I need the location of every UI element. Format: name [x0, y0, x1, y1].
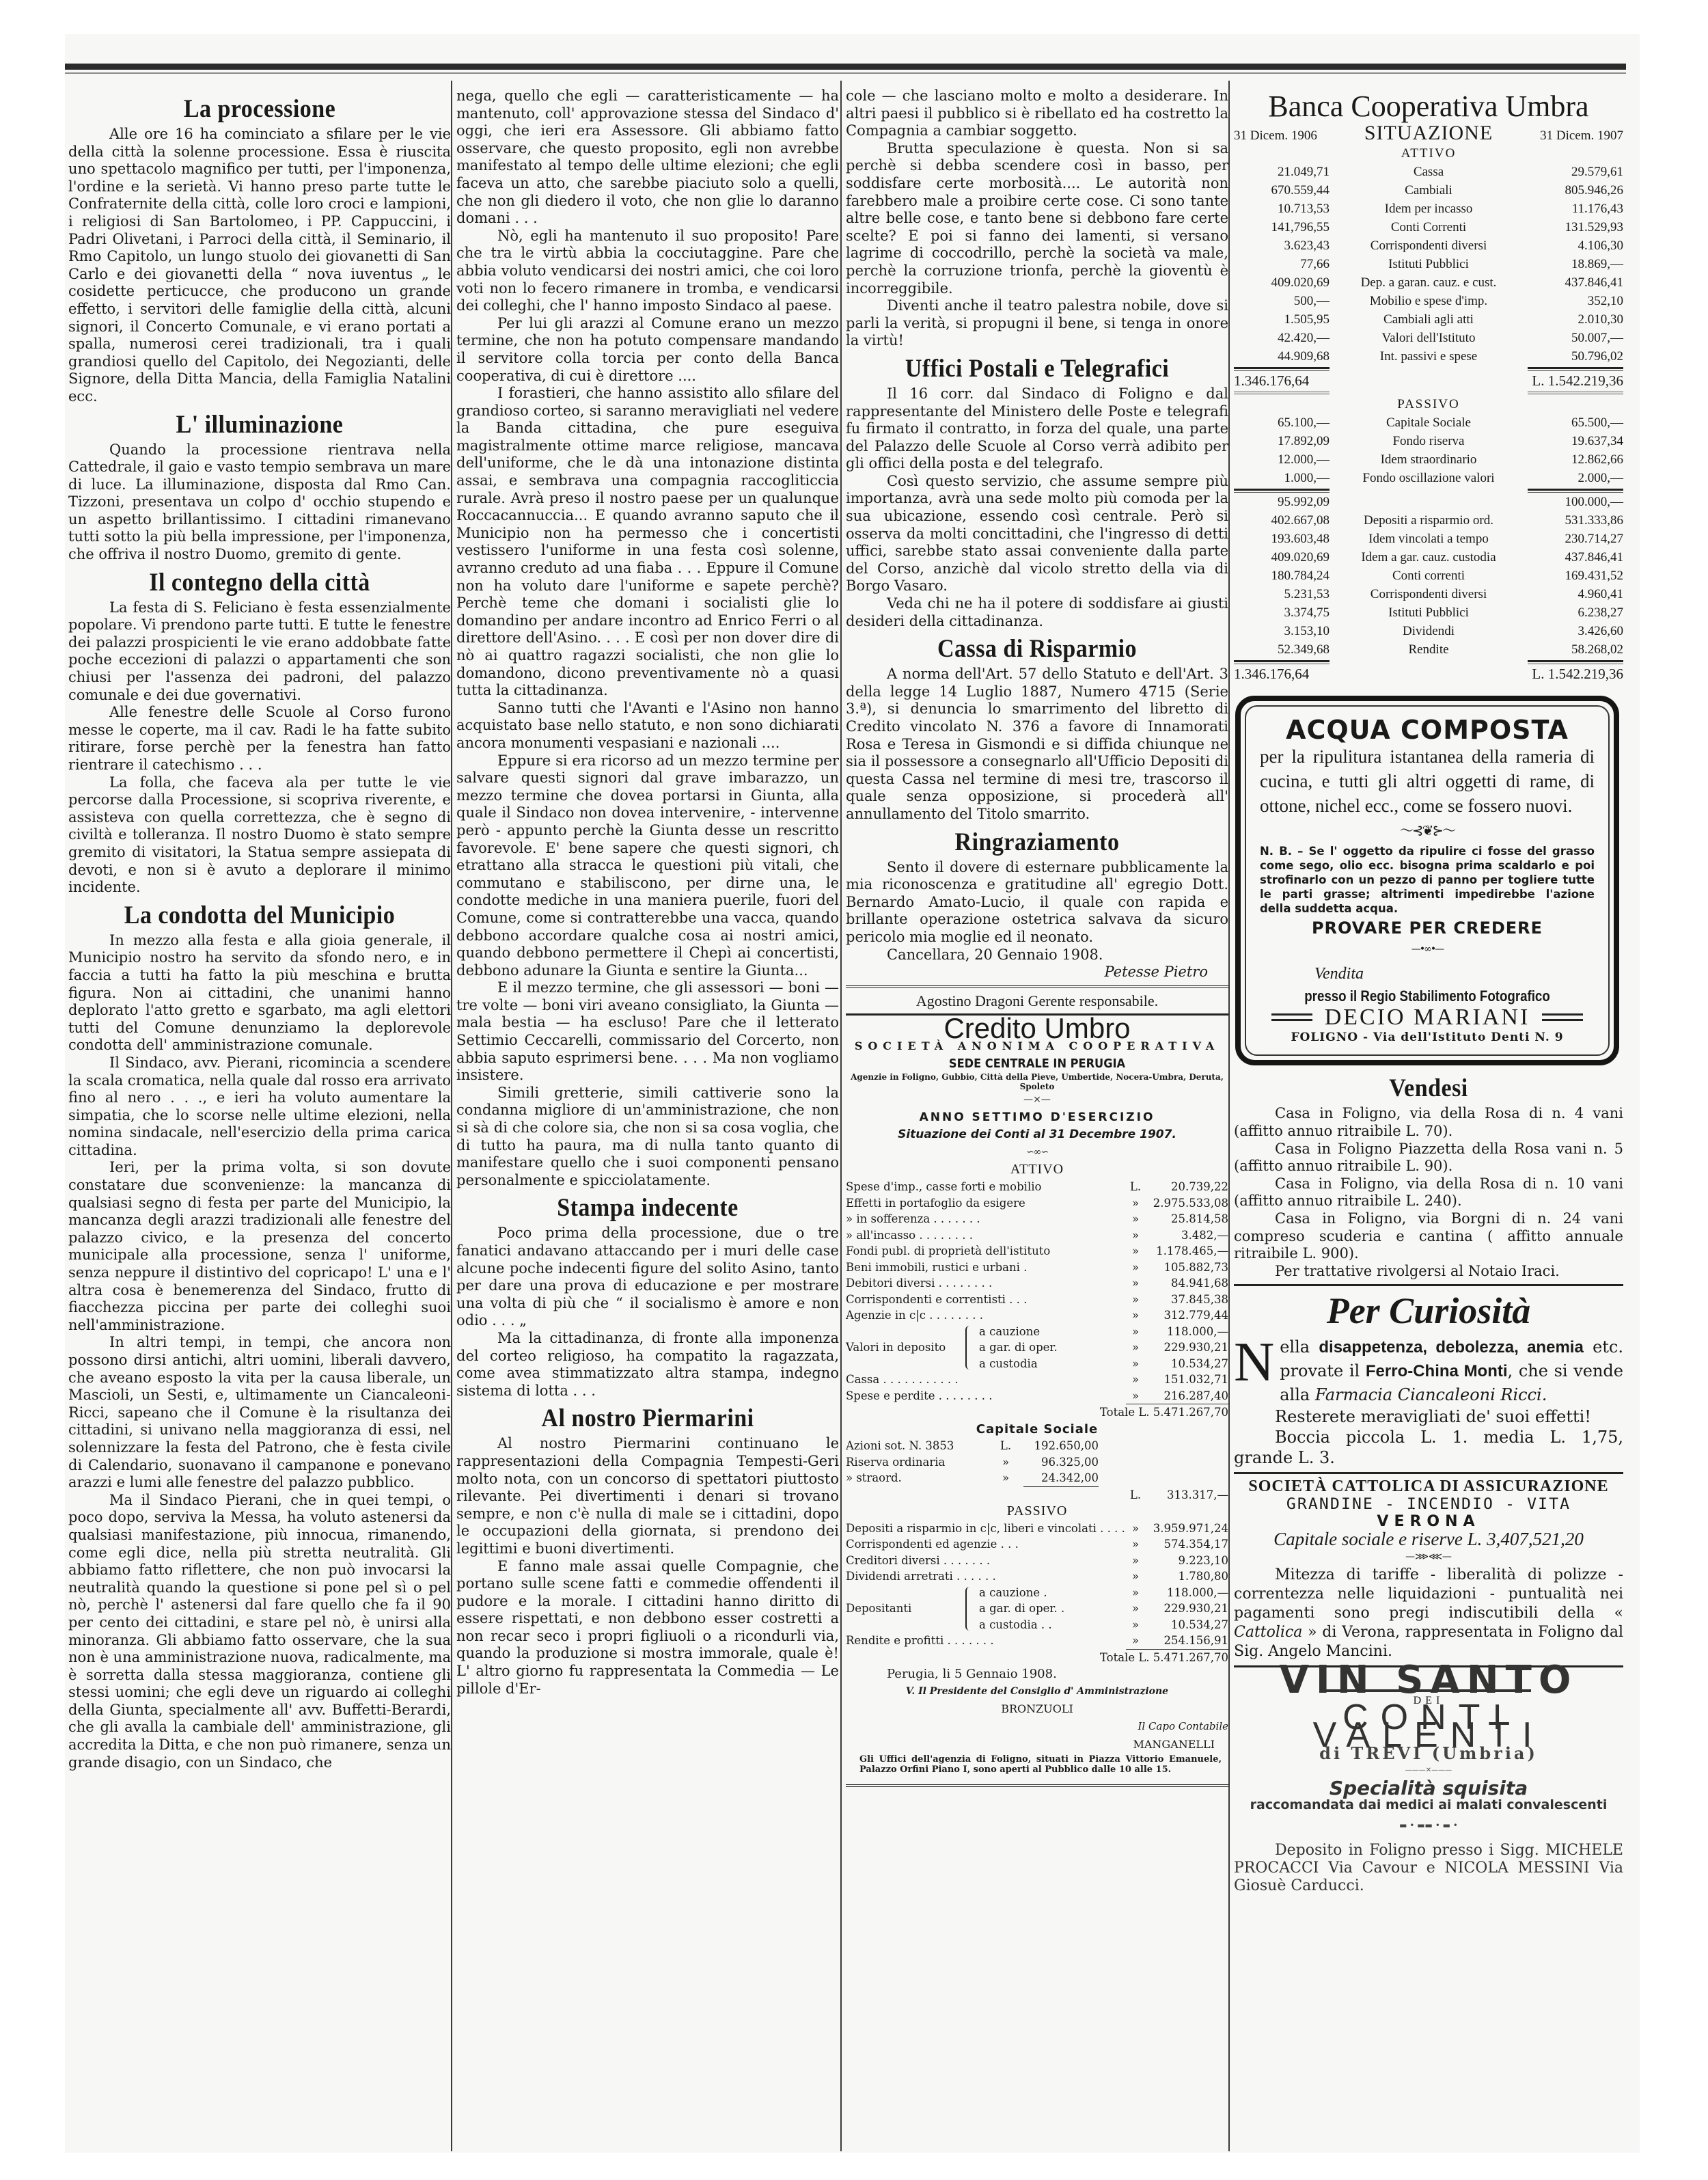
row-symbol: » — [1126, 1275, 1145, 1292]
value-1907: 230.714,27 — [1528, 530, 1623, 548]
row-label: Conti Correnti — [1330, 218, 1528, 236]
divider — [846, 985, 1228, 988]
table-row: 409.020,69Dep. a garan. cauz. e cust.437… — [1234, 273, 1623, 292]
drop-cap: N — [1234, 1338, 1274, 1386]
signature-label: Il Capo Contabile — [846, 1718, 1228, 1736]
total-row: Totale L. 5.471.267,70 — [846, 1404, 1228, 1421]
row-label: Corrispondenti diversi — [1330, 585, 1528, 603]
table-row: 12.000,—Idem straordinario12.862,66 — [1234, 450, 1623, 469]
table-row: 141,796,55Conti Correnti131.529,93 — [1234, 218, 1623, 236]
ad-vendita: Vendita — [1260, 966, 1595, 983]
value-1907: 4.106,30 — [1528, 236, 1623, 255]
row-symbol: » — [1126, 1553, 1145, 1569]
row-value: 3.959.971,24 — [1145, 1521, 1228, 1537]
row-label — [1330, 493, 1528, 511]
row-symbol: » — [1126, 1243, 1145, 1259]
divider — [1234, 1284, 1623, 1286]
table-row: a custodia»10.534,27 — [979, 1356, 1228, 1372]
row-value: 96.325,00 — [1015, 1454, 1099, 1471]
value-1907: 18.869,— — [1528, 255, 1623, 273]
row-symbol: » — [1126, 1633, 1145, 1649]
value-1907: 11.176,43 — [1528, 200, 1623, 218]
value-1906: 500,— — [1234, 292, 1330, 310]
ad-address: FOLIGNO - Via dell'Istituto Denti N. 9 — [1260, 1029, 1595, 1047]
divider — [1234, 1472, 1623, 1474]
listing: Casa in Foligno, via della Rosa di n. 10… — [1234, 1175, 1623, 1210]
attivo-table: Spese d'imp., casse forti e mobilioL.20.… — [846, 1179, 1228, 1324]
curiosita-ad: Per Curiosità Nella disappetenza, debole… — [1234, 1290, 1623, 1468]
table-row: 670.559,44Cambiali805.946,26 — [1234, 181, 1623, 200]
article-paragraph: Per lui gli arazzi al Comune erano un me… — [456, 315, 839, 385]
value-1906: 77,66 — [1234, 255, 1330, 273]
article-paragraph: Poco prima della processione, due o tre … — [456, 1225, 839, 1330]
row-value: 10.534,27 — [1145, 1617, 1228, 1633]
office-hours-note: Gli Uffici dell'agenzia di Foligno, situ… — [846, 1753, 1228, 1775]
article-paragraph: Alle ore 16 ha cominciato a sfilare per … — [68, 126, 451, 406]
article-title: La processione — [83, 96, 435, 123]
ad-capital: Capitale sociale e riserve L. 3,407,521,… — [1234, 1531, 1623, 1549]
value-1906: 409.020,69 — [1234, 548, 1330, 567]
table-row: 409.020,69Idem a gar. cauz. custodia437.… — [1234, 548, 1623, 567]
value-1907: 65.500,— — [1528, 413, 1623, 432]
table-row: a custodia . .»10.534,27 — [979, 1617, 1228, 1633]
section-label: Capitale Sociale — [846, 1421, 1228, 1439]
ad-title: SOCIETÀ CATTOLICA DI ASSICURAZIONE — [1234, 1478, 1623, 1496]
credito-umbro-notice: Credito Umbro SOCIETÀ ANONIMA COOPERATIV… — [846, 1020, 1228, 1787]
table-row: Riserva ordinaria»96.325,00 — [846, 1454, 1099, 1471]
row-value: 3.482,— — [1145, 1227, 1228, 1244]
pharmacy-name: Farmacia Ciancaleoni Ricci. — [1315, 1385, 1547, 1404]
table-row: 3.153,10Dividendi3.426,60 — [1234, 622, 1623, 640]
value-1906: 95.992,09 — [1234, 493, 1330, 511]
table-row: 1.505,95Cambiali agli atti2.010,30 — [1234, 310, 1623, 329]
article-paragraph: Il Sindaco, avv. Pierani, ricomincia a s… — [68, 1054, 451, 1160]
table-row: 3.623,43Corrispondenti diversi4.106,30 — [1234, 236, 1623, 255]
ornament-icon: ▬ • ▬▬ • ▬ • — [1234, 1817, 1623, 1835]
article-paragraph: In mezzo alla festa e alla gioia general… — [68, 932, 451, 1054]
row-value: 229.930,21 — [1145, 1339, 1228, 1356]
table-row: 3.374,75Istituti Pubblici6.238,27 — [1234, 603, 1623, 622]
row-label: a gar. di oper. . — [979, 1600, 1126, 1617]
ornament-icon: —⋙⋘— — [1234, 1549, 1623, 1566]
attivo-table: 21.049,71Cassa29.579,61670.559,44Cambial… — [1234, 163, 1623, 366]
section-label: PASSIVO — [846, 1503, 1228, 1521]
row-value: 10.534,27 — [1145, 1356, 1228, 1372]
table-row: 193.603,48Idem vincolati a tempo230.714,… — [1234, 530, 1623, 548]
value-1906: 180.784,24 — [1234, 567, 1330, 585]
row-value: 312.779,44 — [1145, 1307, 1228, 1324]
row-label: a cauzione — [979, 1324, 1126, 1340]
row-value: 9.223,10 — [1145, 1553, 1228, 1569]
value-1907: 352,10 — [1528, 292, 1623, 310]
row-label: Effetti in portafoglio da esigere — [846, 1195, 1126, 1212]
signature-label: V. Il Presidente del Consiglio d' Ammini… — [846, 1683, 1228, 1701]
row-label: Istituti Pubblici — [1330, 255, 1528, 273]
vin-santo-ad: VIN SANTO DEI CONTI VALENTI di TREVI (Um… — [1234, 1672, 1623, 1894]
row-symbol: L. — [996, 1438, 1015, 1454]
article-paragraph: Ieri, per la prima volta, si son dovute … — [68, 1159, 451, 1334]
total-row: 1.346.176,64 L. 1.542.219,36 — [1234, 371, 1623, 390]
table-row: 180.784,24Conti correnti169.431,52 — [1234, 567, 1623, 585]
section-label: PASSIVO — [1234, 396, 1623, 413]
article-paragraph: Veda chi ne ha il potere di soddisfare a… — [846, 595, 1228, 630]
cattolica-ad: SOCIETÀ CATTOLICA DI ASSICURAZIONE GRAND… — [1234, 1478, 1623, 1661]
table-row: Effetti in portafoglio da esigere»2.975.… — [846, 1195, 1228, 1212]
article-paragraph: La festa di S. Feliciano è festa essenzi… — [68, 599, 451, 705]
total-row: Totale L. 5.471.267,70 — [846, 1650, 1228, 1666]
value-1906: 21.049,71 — [1234, 163, 1330, 181]
article-title: Al nostro Piermarini — [471, 1405, 823, 1432]
value-1907: 12.862,66 — [1528, 450, 1623, 469]
total-row: 1.346.176,64 L. 1.542.219,36 — [1234, 664, 1623, 683]
statement-heading: SITUAZIONE — [1364, 124, 1493, 142]
article-paragraph: Il 16 corr. dal Sindaco di Foligno e dal… — [846, 385, 1228, 473]
ad-note: N. B. – Se l' oggetto da ripulire ci fos… — [1260, 844, 1595, 916]
value-1906: 52.349,68 — [1234, 640, 1330, 659]
row-label: Agenzie in c|c . . . . . . . . — [846, 1307, 1126, 1324]
ad-location: di TREVI (Umbria) — [1234, 1745, 1623, 1762]
table-row: 5.231,53Corrispondenti diversi4.960,41 — [1234, 585, 1623, 603]
value-1906: 193.603,48 — [1234, 530, 1330, 548]
row-label: Beni immobili, rustici e urbani . — [846, 1259, 1126, 1276]
acqua-composta-ad: ACQUA COMPOSTA per la ripulitura istanta… — [1235, 696, 1619, 1066]
ornament-icon: —•∞•— — [1260, 941, 1595, 959]
article-paragraph: Brutta speculazione è questa. Non si sa … — [846, 140, 1228, 297]
table-row: Beni immobili, rustici e urbani .»105.88… — [846, 1259, 1228, 1276]
column-divider — [1228, 81, 1230, 2151]
date-left: 31 Dicem. 1906 — [1234, 127, 1317, 145]
table-row: a gar. di oper. .»229.930,21 — [979, 1600, 1228, 1617]
listing: Casa in Foligno, via della Rosa di n. 4 … — [1234, 1105, 1623, 1140]
row-label: Istituti Pubblici — [1330, 603, 1528, 622]
row-symbol: » — [996, 1470, 1015, 1486]
row-label: Fondi publ. di proprietà dell'istituto — [846, 1243, 1126, 1259]
article-title: Il contegno della città — [83, 569, 435, 597]
table-row: a cauzione .»118.000,— — [979, 1585, 1228, 1601]
article-paragraph: Nò, egli ha mantenuto il suo proposito! … — [456, 228, 839, 315]
table-row: Cassa . . . . . . . . . . .»151.032,71 — [846, 1372, 1228, 1388]
article-paragraph: Quando la processione rientrava nella Ca… — [68, 441, 451, 564]
row-symbol: » — [1126, 1388, 1145, 1404]
row-value: 229.930,21 — [1145, 1600, 1228, 1617]
table-row: a gar. di oper.»229.930,21 — [979, 1339, 1228, 1356]
row-label: Dividendi arretrati . . . . . . — [846, 1568, 1126, 1585]
value-1906: 12.000,— — [1234, 450, 1330, 469]
value-1906: 5.231,53 — [1234, 585, 1330, 603]
credito-umbro-agenzie: Agenzie in Foligno, Gubbio, Città della … — [846, 1072, 1228, 1091]
table-row: » all'incasso . . . . . . . .»3.482,— — [846, 1227, 1228, 1244]
row-label: a custodia . . — [979, 1617, 1126, 1633]
ad-branches: GRANDINE - INCENDIO - VITA — [1224, 1496, 1634, 1514]
value-1907: 4.960,41 — [1528, 585, 1623, 603]
row-symbol: » — [1126, 1259, 1145, 1276]
row-value: 84.941,68 — [1145, 1275, 1228, 1292]
article-paragraph: E il mezzo termine, che gli assessori — … — [456, 979, 839, 1085]
value-1906: 3.374,75 — [1234, 603, 1330, 622]
article-paragraph: La folla, che faceva ala per tutte le vi… — [68, 774, 451, 897]
table-row: » in sofferenza . . . . . . .»25.814,58 — [846, 1211, 1228, 1227]
row-label: Int. passivi e spese — [1330, 347, 1528, 366]
dateline: Perugia, li 5 Gennaio 1908. — [846, 1665, 1228, 1683]
article-paragraph: Eppure si era ricorso ad un mezzo termin… — [456, 752, 839, 980]
signature: MANGANELLI — [846, 1736, 1228, 1754]
value-1906: 141,796,55 — [1234, 218, 1330, 236]
article-paragraph: In altri tempi, in tempi, che ancora non… — [68, 1334, 451, 1491]
article-paragraph: Al nostro Piermarini continuano le rappr… — [456, 1435, 839, 1557]
value-1906: 44.909,68 — [1234, 347, 1330, 366]
row-label: Depositi a risparmio in c|c, liberi e vi… — [846, 1521, 1126, 1537]
row-label: Debitori diversi . . . . . . . . — [846, 1275, 1126, 1292]
table-row: Agenzie in c|c . . . . . . . .»312.779,4… — [846, 1307, 1228, 1324]
row-label: Rendite e profitti . . . . . . . — [846, 1633, 1126, 1649]
row-value: 37.845,38 — [1145, 1292, 1228, 1308]
value-1907: 3.426,60 — [1528, 622, 1623, 640]
value-1907: 50.007,— — [1528, 329, 1623, 347]
row-value: 25.814,58 — [1145, 1211, 1228, 1227]
row-symbol: » — [1126, 1536, 1145, 1553]
header-rule-thin — [65, 72, 1626, 74]
article-title: Uffici Postali e Telegrafici — [861, 355, 1213, 383]
article-paragraph: A norma dell'Art. 57 dello Statuto e del… — [846, 666, 1228, 823]
credito-umbro-sede: SEDE CENTRALE IN PERUGIA — [865, 1055, 1209, 1073]
row-symbol: » — [1126, 1211, 1145, 1227]
row-value: 2.975.533,08 — [1145, 1195, 1228, 1212]
article-title: Cassa di Risparmio — [861, 636, 1213, 663]
double-bar-icon — [1271, 1013, 1312, 1021]
value-1906: 3.623,43 — [1234, 236, 1330, 255]
row-value: 216.287,40 — [1145, 1388, 1228, 1404]
row-value: 151.032,71 — [1145, 1372, 1228, 1388]
article-title: L' illuminazione — [83, 411, 435, 439]
column-divider — [840, 81, 842, 2151]
row-label: a gar. di oper. — [979, 1339, 1126, 1356]
row-label: Idem straordinario — [1330, 450, 1528, 469]
row-label: Capitale Sociale — [1330, 413, 1528, 432]
section-label: ATTIVO — [1234, 145, 1623, 163]
signature: Petesse Pietro — [846, 964, 1228, 981]
row-symbol: » — [1126, 1600, 1145, 1617]
row-label: Conti correnti — [1330, 567, 1528, 585]
row-label: Riserva ordinaria — [846, 1454, 996, 1471]
row-label: Cambiali — [1330, 181, 1528, 200]
row-label: Cassa . . . . . . . . . . . — [846, 1372, 1126, 1388]
row-label: Depositi a risparmio ord. — [1330, 511, 1528, 530]
row-symbol: » — [996, 1454, 1015, 1471]
credito-umbro-situazione: Situazione dei Conti al 31 Decembre 1907… — [846, 1126, 1228, 1144]
row-label: » in sofferenza . . . . . . . — [846, 1211, 1126, 1227]
table-row: Dividendi arretrati . . . . . .»1.780,80 — [846, 1568, 1228, 1585]
listing: Casa in Foligno Piazzetta della Rosa van… — [1234, 1141, 1623, 1175]
date-right: 31 Dicem. 1907 — [1540, 127, 1623, 145]
article-paragraph: Diventi anche il teatro palestra nobile,… — [846, 297, 1228, 350]
column-divider — [451, 81, 452, 2151]
article-title: Vendesi — [1250, 1075, 1608, 1102]
listing: Casa in Foligno, via Borgni di n. 24 van… — [1234, 1210, 1623, 1263]
article-paragraph: Così questo servizio, che assume sempre … — [846, 473, 1228, 595]
brace-icon — [965, 1587, 976, 1631]
row-value: 24.342,00 — [1015, 1470, 1099, 1486]
value-1906: 1.505,95 — [1234, 310, 1330, 329]
row-label: Valori dell'Istituto — [1330, 329, 1528, 347]
row-value: 1.780,80 — [1145, 1568, 1228, 1585]
signature: BRONZUOLI — [846, 1700, 1228, 1718]
row-symbol: » — [1126, 1617, 1145, 1633]
dateline: Cancellara, 20 Gennaio 1908. — [846, 946, 1228, 964]
column-4: Banca Cooperativa Umbra 31 Dicem. 1906 S… — [1234, 87, 1623, 1895]
row-label: Idem a gar. cauz. custodia — [1330, 548, 1528, 567]
table-row: Corrispondenti ed agenzie . . .»574.354,… — [846, 1536, 1228, 1553]
value-1907: 437.846,41 — [1528, 548, 1623, 567]
table-row: 77,66Istituti Pubblici18.869,— — [1234, 255, 1623, 273]
row-symbol: L. — [1126, 1179, 1145, 1195]
row-symbol: » — [1126, 1195, 1145, 1212]
value-1907: 2.010,30 — [1528, 310, 1623, 329]
row-label: Spese e perdite . . . . . . . . — [846, 1388, 1126, 1404]
row-value: 1.178.465,— — [1145, 1243, 1228, 1259]
total-row: L. 313.317,— — [846, 1487, 1228, 1503]
row-label: Azioni sot. N. 3853 — [846, 1438, 996, 1454]
depositanti-group: Depositanti a cauzione .»118.000,—a gar.… — [846, 1585, 1228, 1633]
ad-title: VIN SANTO — [1234, 1672, 1623, 1689]
product-name: Ferro-China Monti — [1366, 1362, 1508, 1380]
row-label: Fondo riserva — [1330, 432, 1528, 450]
divider — [846, 1784, 1228, 1787]
table-row: 500,—Mobilio e spese d'imp.352,10 — [1234, 292, 1623, 310]
value-1907: 2.000,— — [1528, 469, 1623, 487]
table-row: Azioni sot. N. 3853L.192.650,00 — [846, 1438, 1099, 1454]
article-paragraph: nega, quello che egli — caratteristicame… — [456, 87, 839, 228]
ad-slogan: PROVARE PER CREDERE — [1260, 920, 1595, 938]
value-1907: 29.579,61 — [1528, 163, 1623, 181]
table-row: 21.049,71Cassa29.579,61 — [1234, 163, 1623, 181]
article-paragraph: Sento il dovere di esternare pubblicamen… — [846, 859, 1228, 946]
row-symbol: » — [1126, 1292, 1145, 1308]
row-label: Fondo oscillazione valori — [1330, 469, 1528, 487]
row-value: 574.354,17 — [1145, 1536, 1228, 1553]
table-row: 65.100,—Capitale Sociale65.500,— — [1234, 413, 1623, 432]
row-value: 192.650,00 — [1015, 1438, 1099, 1454]
column-1: La processione Alle ore 16 ha cominciato… — [68, 87, 451, 1771]
row-label: Dividendi — [1330, 622, 1528, 640]
row-label: Corrispondenti ed agenzie . . . — [846, 1536, 1126, 1553]
table-row: Creditori diversi . . . . . . .»9.223,10 — [846, 1553, 1228, 1569]
row-symbol: » — [1126, 1568, 1145, 1585]
table-row: 10.713,53Idem per incasso11.176,43 — [1234, 200, 1623, 218]
value-1906: 409.020,69 — [1234, 273, 1330, 292]
row-label: Idem per incasso — [1330, 200, 1528, 218]
section-label: ATTIVO — [846, 1161, 1228, 1179]
value-1906: 402.667,08 — [1234, 511, 1330, 530]
value-1907: 131.529,93 — [1528, 218, 1623, 236]
row-symbol: » — [1126, 1521, 1145, 1537]
row-label: Corrispondenti e correntisti . . . — [846, 1292, 1126, 1308]
value-1907: 6.238,27 — [1528, 603, 1623, 622]
column-2: nega, quello che egli — caratteristicame… — [456, 87, 839, 1698]
ad-producer: CONTI VALENTI — [1234, 1709, 1623, 1744]
row-label: a custodia — [979, 1356, 1126, 1372]
row-symbol: » — [1126, 1585, 1145, 1601]
ad-text: per la ripulitura istantanea della ramer… — [1260, 744, 1595, 818]
ad-deposit-info: Deposito in Foligno presso i Sigg. MICHE… — [1234, 1842, 1623, 1895]
row-label: » straord. — [846, 1470, 996, 1486]
table-row: 1.000,—Fondo oscillazione valori2.000,— — [1234, 469, 1623, 487]
value-1906: 670.559,44 — [1234, 181, 1330, 200]
value-1907: 169.431,52 — [1528, 567, 1623, 585]
table-row: 42.420,—Valori dell'Istituto50.007,— — [1234, 329, 1623, 347]
value-1907: 100.000,— — [1528, 493, 1623, 511]
table-row: Fondi publ. di proprietà dell'istituto»1… — [846, 1243, 1228, 1259]
table-row: a cauzione»118.000,— — [979, 1324, 1228, 1340]
table-row: Spese e perdite . . . . . . . .»216.287,… — [846, 1388, 1228, 1404]
table-row: 95.992,09100.000,— — [1234, 493, 1623, 511]
article-title: Stampa indecente — [471, 1195, 823, 1222]
value-1907: 531.333,86 — [1528, 511, 1623, 530]
value-1907: 50.796,02 — [1528, 347, 1623, 366]
row-label: Rendite — [1330, 640, 1528, 659]
table-row: Spese d'imp., casse forti e mobilioL.20.… — [846, 1179, 1228, 1195]
row-value: 118.000,— — [1145, 1324, 1228, 1340]
row-symbol: » — [1126, 1372, 1145, 1388]
ad-presso: presso il Regio Stabilimento Fotografico — [1285, 987, 1570, 1005]
double-bar-icon — [1542, 1013, 1583, 1021]
row-symbol: » — [1126, 1356, 1145, 1372]
row-label: Idem vincolati a tempo — [1330, 530, 1528, 548]
ornament-icon: —×— — [846, 1091, 1228, 1109]
table-row: Depositi a risparmio in c|c, liberi e vi… — [846, 1521, 1228, 1537]
article-paragraph: Sanno tutti che l'Avanti e l'Asino non h… — [456, 700, 839, 752]
credito-umbro-subtitle: SOCIETÀ ANONIMA COOPERATIVA — [846, 1037, 1228, 1055]
passivo-table: 95.992,09100.000,—402.667,08Depositi a r… — [1234, 493, 1623, 659]
credito-umbro-title: Credito Umbro — [846, 1020, 1228, 1037]
table-row: 52.349,68Rendite58.268,02 — [1234, 640, 1623, 659]
row-value: 118.000,— — [1145, 1585, 1228, 1601]
ad-studio-name: DECIO MARIANI — [1325, 1009, 1530, 1026]
value-1906: 1.000,— — [1234, 469, 1330, 487]
row-label: Creditori diversi . . . . . . . — [846, 1553, 1126, 1569]
article-paragraph: I forastieri, che hanno assistito allo s… — [456, 385, 839, 700]
table-row: Rendite e profitti . . . . . . .»254.156… — [846, 1633, 1228, 1649]
row-label: Corrispondenti diversi — [1330, 236, 1528, 255]
brace-icon — [965, 1326, 976, 1370]
row-label: a cauzione . — [979, 1585, 1126, 1601]
table-row: 17.892,09Fondo riserva19.637,34 — [1234, 432, 1623, 450]
article-paragraph: Alle fenestre delle Scuole al Corso furo… — [68, 704, 451, 774]
value-1906: 10.713,53 — [1234, 200, 1330, 218]
column-3: cole — che lasciano molto e molto a desi… — [846, 87, 1228, 1791]
banca-cooperativa-statement: Banca Cooperativa Umbra 31 Dicem. 1906 S… — [1234, 89, 1623, 683]
article-paragraph: Ma il Sindaco Pierani, che in quei tempi… — [68, 1492, 451, 1772]
valori-group: Valori in deposito a cauzione»118.000,—a… — [846, 1324, 1228, 1372]
row-label: Cassa — [1330, 163, 1528, 181]
row-symbol: » — [1126, 1339, 1145, 1356]
table-row: » straord.»24.342,00 — [846, 1470, 1099, 1486]
row-label: Cambiali agli atti — [1330, 310, 1528, 329]
row-symbol: » — [1126, 1324, 1145, 1340]
row-value: 254.156,91 — [1145, 1633, 1228, 1649]
value-1906: 17.892,09 — [1234, 432, 1330, 450]
value-1907: 19.637,34 — [1528, 432, 1623, 450]
bank-title: Banca Cooperativa Umbra — [1234, 89, 1623, 124]
ad-recommendation: raccomandata dai medici ai malati conval… — [1234, 1797, 1623, 1814]
row-label: Mobilio e spese d'imp. — [1330, 292, 1528, 310]
group-label: Valori in deposito — [846, 1324, 965, 1372]
value-1907: 58.268,02 — [1528, 640, 1623, 659]
value-1907: 437.846,41 — [1528, 273, 1623, 292]
table-row: Corrispondenti e correntisti . . .»37.84… — [846, 1292, 1228, 1308]
row-symbol: » — [1126, 1307, 1145, 1324]
value-1907: 805.946,26 — [1528, 181, 1623, 200]
article-paragraph: E fanno male assai quelle Compagnie, che… — [456, 1558, 839, 1698]
